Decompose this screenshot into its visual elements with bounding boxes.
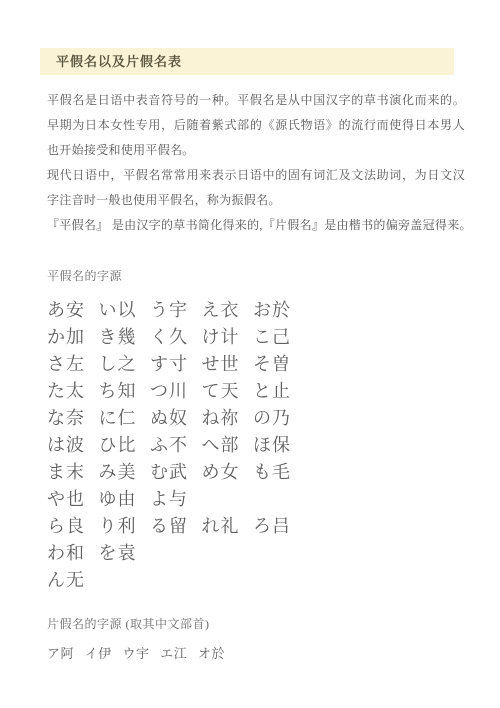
document-body: 平假名是日语中表音符号的一种。平假名是从中国汉字的草书演化而来的。早期为日本女性… — [47, 88, 465, 663]
katakana-row-a: ア阿 イ伊 ウ宇 エ江 オ於 — [47, 645, 465, 663]
hiragana-row-wa: わ和 を袁 — [47, 540, 465, 567]
hiragana-row-ra: ら良 り利 る留 れ礼 ろ吕 — [47, 513, 465, 540]
hiragana-row-ma: ま末 み美 む武 め女 も毛 — [47, 459, 465, 486]
hiragana-row-ya: や也 ゆ由 よ与 — [47, 486, 465, 513]
hiragana-row-n: ん无 — [47, 567, 465, 594]
paragraph-hiragana-intro: 平假名是日语中表音符号的一种。平假名是从中国汉字的草书演化而来的。早期为日本女性… — [47, 88, 465, 163]
paragraph-modern-usage: 现代日语中，平假名常常用来表示日语中的固有词汇及文法助词，为日文汉字注音时一般也… — [47, 163, 465, 213]
paragraph-origin-summary: 『平假名』 是由汉字的草书简化得来的,『片假名』是由楷书的偏旁盖冠得来。 — [47, 213, 465, 238]
hiragana-row-ha: は波 ひ比 ふ不 へ部 ほ保 — [47, 432, 465, 459]
hiragana-row-ka: か加 き幾 く久 け计 こ己 — [47, 324, 465, 351]
hiragana-row-na: な奈 に仁 ぬ奴 ね祢 の乃 — [47, 405, 465, 432]
hiragana-section-heading: 平假名的字源 — [47, 268, 465, 285]
document-title-bar: 平假名以及片假名表 — [40, 48, 454, 75]
hiragana-table: あ安 い以 う宇 え衣 お於 か加 き幾 く久 け计 こ己 さ左 し之 す寸 せ… — [47, 297, 465, 594]
hiragana-row-ta: た太 ち知 つ川 て天 と止 — [47, 378, 465, 405]
hiragana-row-a: あ安 い以 う宇 え衣 お於 — [47, 297, 465, 324]
page-title: 平假名以及片假名表 — [40, 48, 454, 75]
katakana-section-heading: 片假名的字源 (取其中文部首) — [47, 616, 465, 633]
document-page: 平假名以及片假名表 平假名是日语中表音符号的一种。平假名是从中国汉字的草书演化而… — [0, 0, 500, 708]
hiragana-row-sa: さ左 し之 す寸 せ世 そ曽 — [47, 351, 465, 378]
